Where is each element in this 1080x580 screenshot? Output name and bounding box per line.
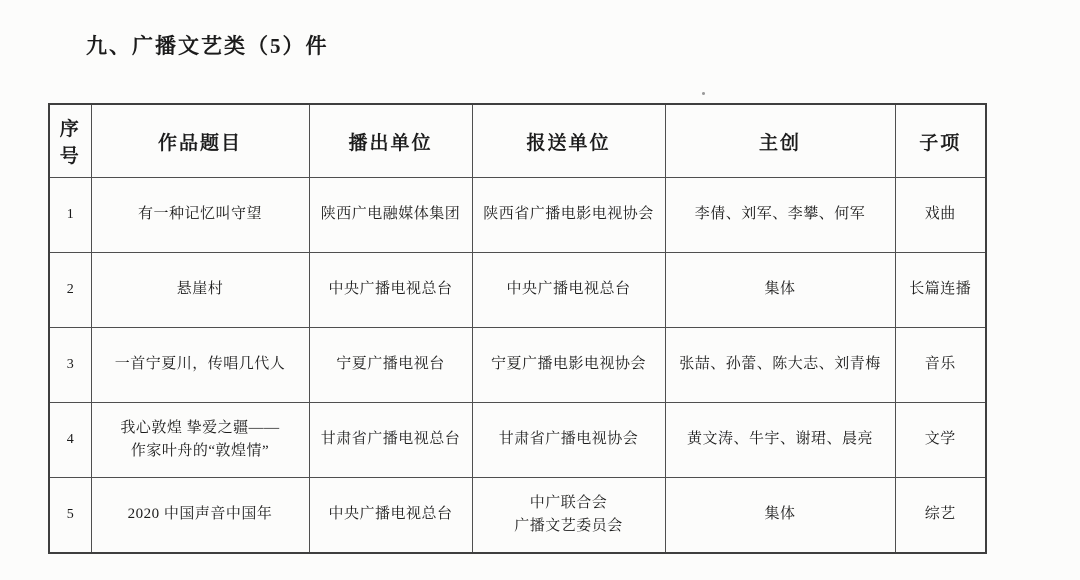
cell-subcategory: 音乐	[895, 328, 986, 403]
col-header-title: 作品题目	[91, 104, 309, 178]
cell-index: 4	[49, 403, 91, 478]
col-header-broadcaster: 播出单位	[309, 104, 472, 178]
cell-broadcaster: 中央广播电视总台	[309, 253, 472, 328]
cell-index: 3	[49, 328, 91, 403]
col-header-submitter: 报送单位	[472, 104, 665, 178]
cell-broadcaster: 中央广播电视总台	[309, 478, 472, 554]
cell-title: 有一种记忆叫守望	[91, 178, 309, 253]
cell-title: 2020 中国声音中国年	[91, 478, 309, 554]
cell-submitter: 中广联合会 广播文艺委员会	[472, 478, 665, 554]
cell-subcategory: 文学	[895, 403, 986, 478]
cell-submitter: 宁夏广播电影电视协会	[472, 328, 665, 403]
table-header: 序号 作品题目 播出单位 报送单位 主创 子项	[49, 104, 986, 178]
cell-submitter: 陕西省广播电影电视协会	[472, 178, 665, 253]
table-row: 3 一首宁夏川，传唱几代人 宁夏广播电视台 宁夏广播电影电视协会 张喆、孙蕾、陈…	[49, 328, 986, 403]
cell-submitter: 中央广播电视总台	[472, 253, 665, 328]
col-header-creators: 主创	[665, 104, 895, 178]
cell-subcategory: 综艺	[895, 478, 986, 554]
cell-broadcaster: 陕西广电融媒体集团	[309, 178, 472, 253]
col-header-index: 序号	[49, 104, 91, 178]
cell-index: 1	[49, 178, 91, 253]
cell-creators: 黄文涛、牛宇、谢珺、晨亮	[665, 403, 895, 478]
awards-table: 序号 作品题目 播出单位 报送单位 主创 子项 1 有一种记忆叫守望 陕西广电融…	[48, 103, 987, 554]
cell-creators: 集体	[665, 253, 895, 328]
scan-speck	[702, 92, 705, 95]
cell-creators: 李倩、刘军、李攀、何军	[665, 178, 895, 253]
cell-index: 2	[49, 253, 91, 328]
page-title: 九、广播文艺类（5）件	[86, 30, 329, 60]
table-row: 4 我心敦煌 挚爱之疆—— 作家叶舟的“敦煌情” 甘肃省广播电视总台 甘肃省广播…	[49, 403, 986, 478]
cell-submitter: 甘肃省广播电视协会	[472, 403, 665, 478]
cell-title: 我心敦煌 挚爱之疆—— 作家叶舟的“敦煌情”	[91, 403, 309, 478]
cell-title: 一首宁夏川，传唱几代人	[91, 328, 309, 403]
header-row: 序号 作品题目 播出单位 报送单位 主创 子项	[49, 104, 986, 178]
cell-index: 5	[49, 478, 91, 554]
cell-creators: 张喆、孙蕾、陈大志、刘青梅	[665, 328, 895, 403]
cell-title: 悬崖村	[91, 253, 309, 328]
cell-subcategory: 长篇连播	[895, 253, 986, 328]
cell-creators: 集体	[665, 478, 895, 554]
col-header-subcategory: 子项	[895, 104, 986, 178]
cell-subcategory: 戏曲	[895, 178, 986, 253]
table-row: 5 2020 中国声音中国年 中央广播电视总台 中广联合会 广播文艺委员会 集体…	[49, 478, 986, 554]
cell-broadcaster: 宁夏广播电视台	[309, 328, 472, 403]
cell-broadcaster: 甘肃省广播电视总台	[309, 403, 472, 478]
table-body: 1 有一种记忆叫守望 陕西广电融媒体集团 陕西省广播电影电视协会 李倩、刘军、李…	[49, 178, 986, 554]
table-row: 2 悬崖村 中央广播电视总台 中央广播电视总台 集体 长篇连播	[49, 253, 986, 328]
table-row: 1 有一种记忆叫守望 陕西广电融媒体集团 陕西省广播电影电视协会 李倩、刘军、李…	[49, 178, 986, 253]
